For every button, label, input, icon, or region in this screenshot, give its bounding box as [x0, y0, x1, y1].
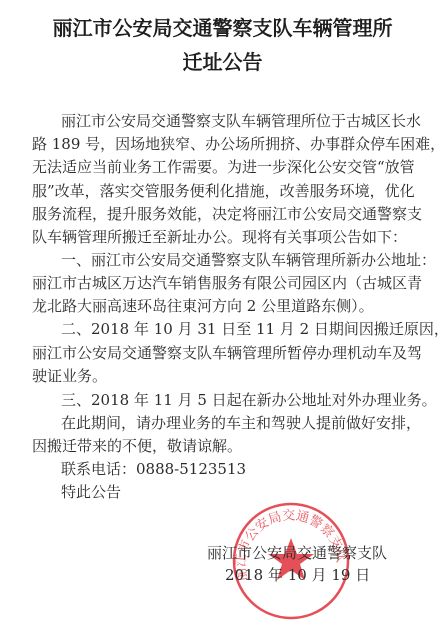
paragraph-line: 三、2018 年 11 月 5 日起在新办公地址对外办理业务。	[61, 389, 412, 411]
paragraph-line: 路 189 号，因场地狭窄、办公场所拥挤、办事群众停车困难，	[32, 133, 412, 155]
paragraph-line: 因搬迁带来的不便，敬请谅解。	[32, 435, 412, 457]
paragraph-line: 二、2018 年 10 月 31 日至 11 月 2 日期间因搬迁原因，	[61, 318, 412, 340]
paragraph-line: 队车辆管理所搬迁至新址办公。现将有关事项公告如下：	[32, 226, 412, 248]
paragraph-line: 服”改革，落实交管服务便利化措施，改善服务环境，优化	[32, 180, 412, 202]
paragraph-line: 龙北路大丽高速环岛往東河方向 2 公里道路东侧）。	[32, 295, 412, 317]
paragraph-line: 服务流程，提升服务效能，决定将丽江市公安局交通警察支	[32, 203, 412, 225]
paragraph-line: 在此期间，请办理业务的车主和驾驶人提前做好安排，	[61, 412, 412, 434]
paragraph-line: 一、丽江市公安局交通警察支队车辆管理所新办公地址：	[61, 249, 412, 271]
paragraph-line: 丽江市古城区万达汽车销售服务有限公司园区内（古城区青	[32, 272, 412, 294]
document-subtitle: 迁址公告	[0, 46, 445, 75]
paragraph-line: 丽江市公安局交通警察支队车辆管理所暂停办理机动车及驾	[32, 342, 412, 364]
signature-organization: 丽江市公安局交通警察支队	[207, 542, 387, 563]
contact-phone: 联系电话：0888-5123513	[61, 458, 412, 480]
paragraph-line: 丽江市公安局交通警察支队车辆管理所位于古城区长水	[61, 110, 412, 132]
document-title: 丽江市公安局交通警察支队车辆管理所	[0, 12, 445, 41]
signature-date: 2018 年 10 月 19 日	[225, 564, 370, 585]
paragraph-line: 驶证业务。	[32, 365, 412, 387]
paragraph-line: 无法适应当前业务工作需要。为进一步深化公安交管“放管	[32, 156, 412, 178]
